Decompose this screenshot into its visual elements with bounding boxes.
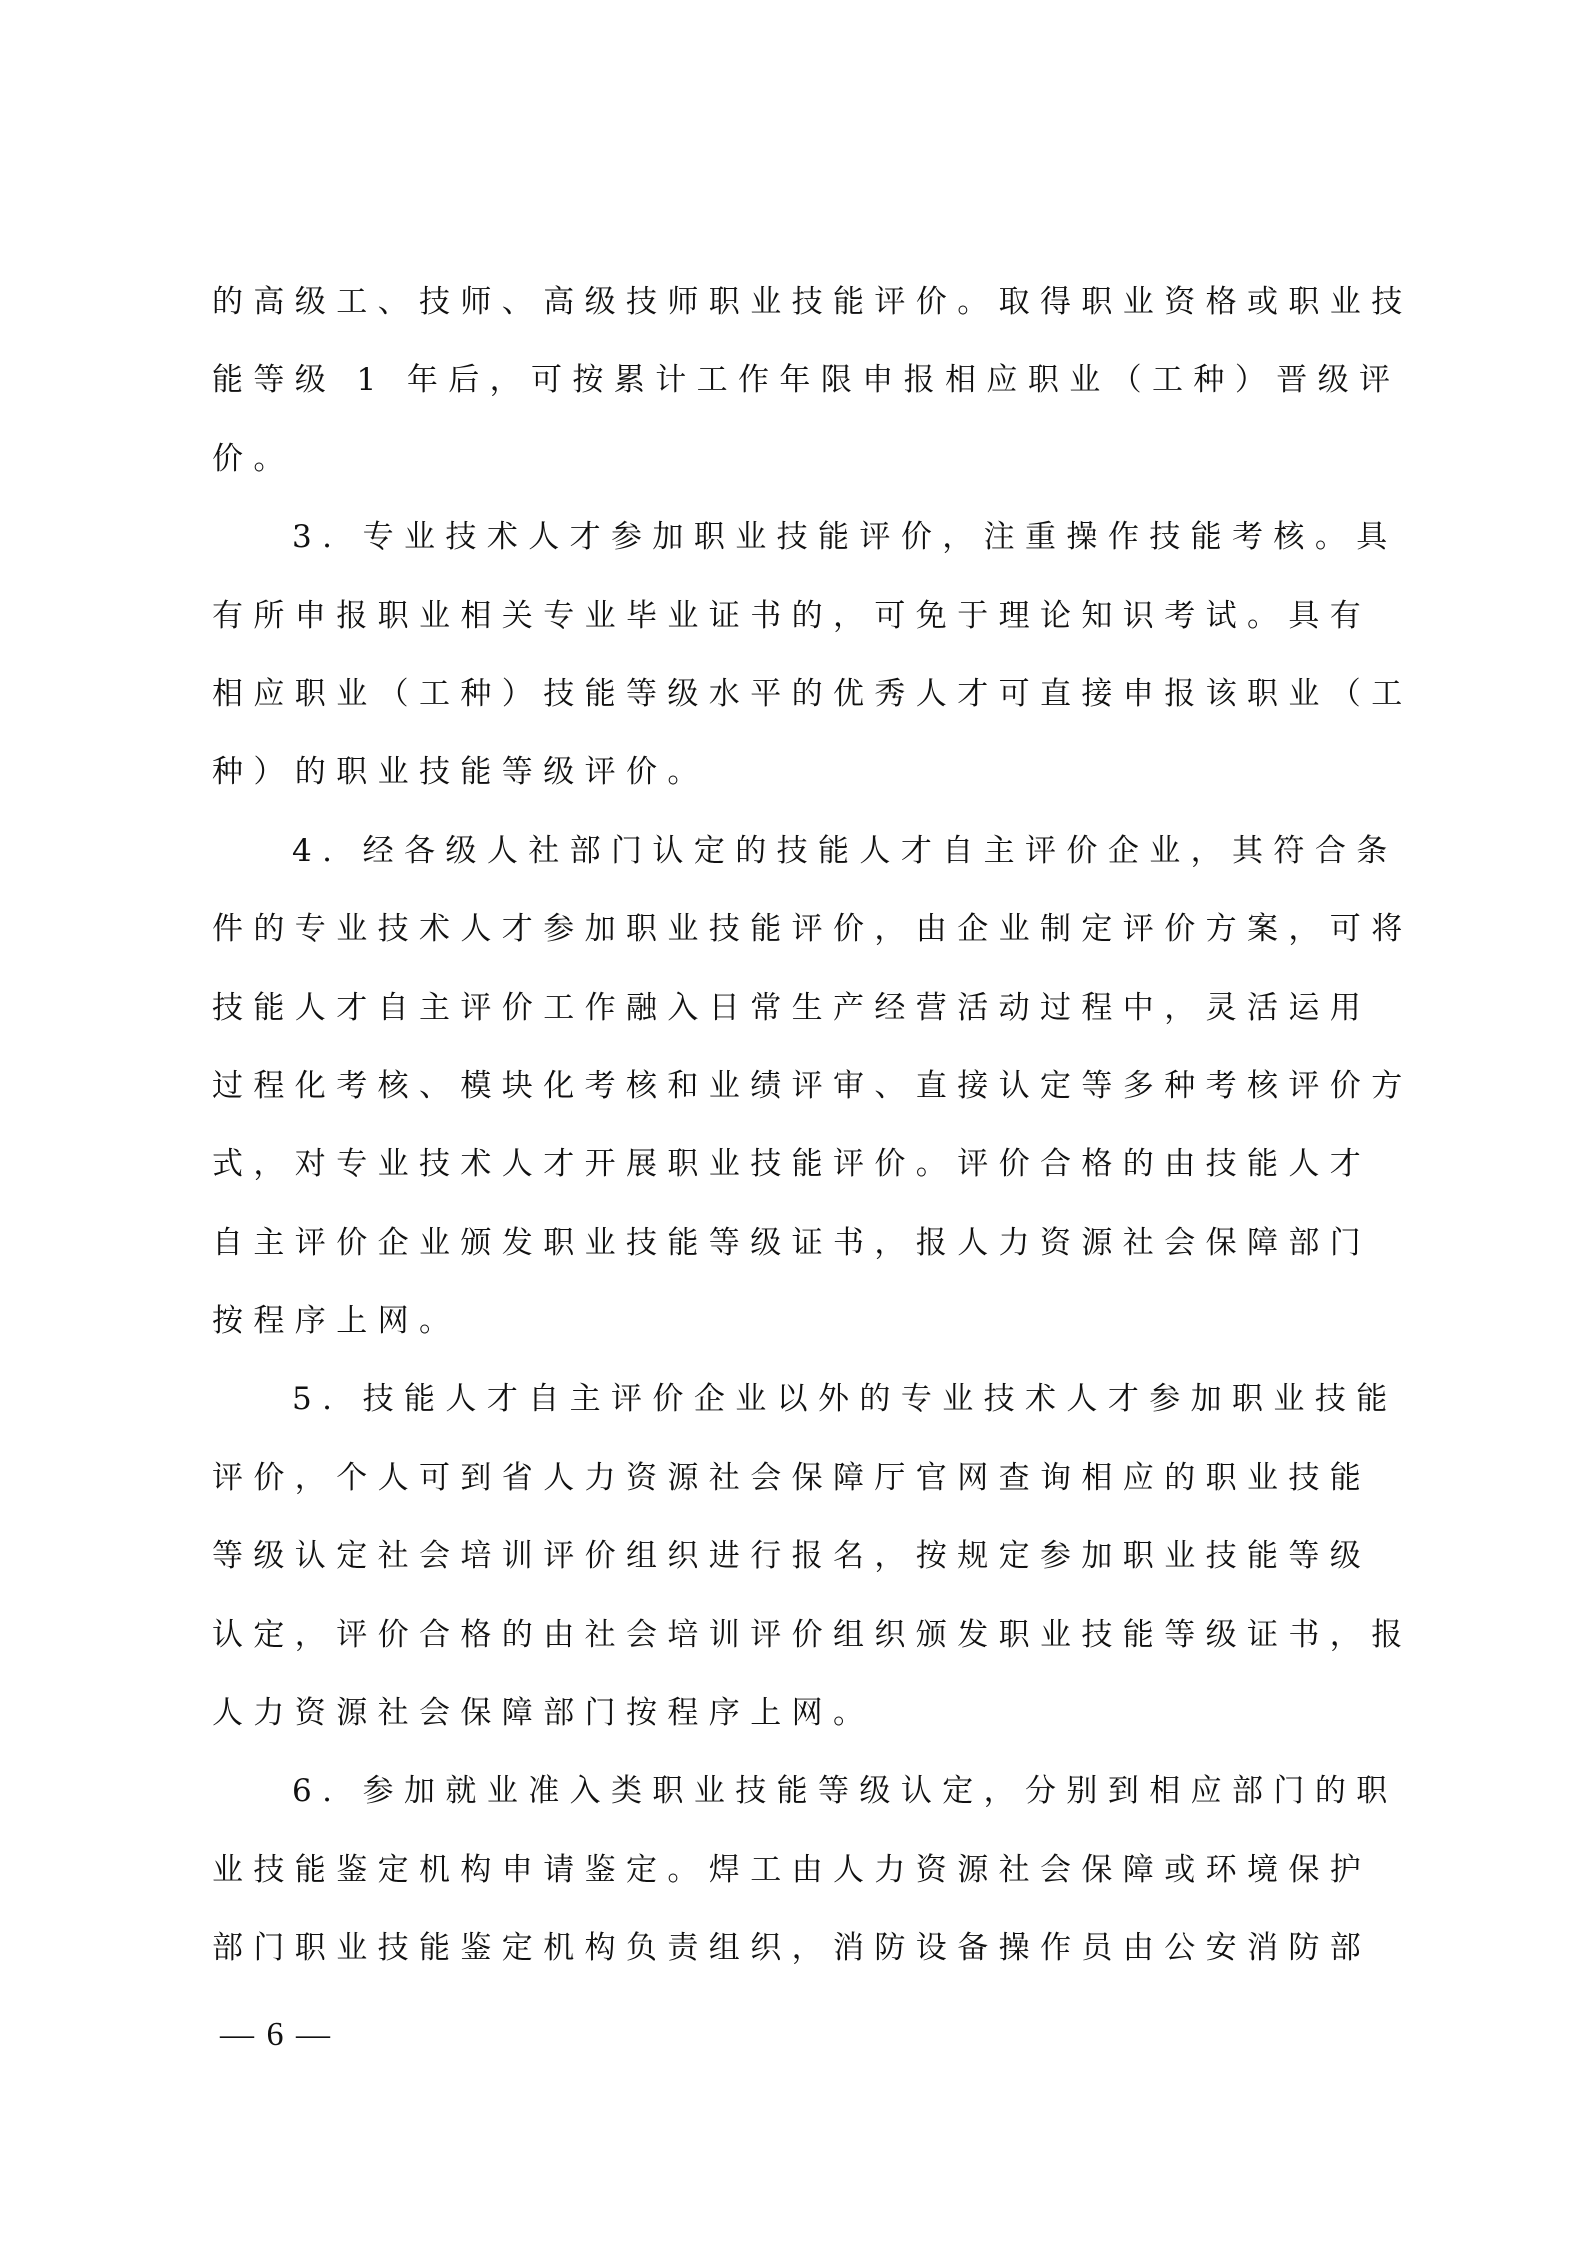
text-line: 评价，个人可到省人力资源社会保障厅官网查询相应的职业技能 — [212, 1439, 1382, 1517]
document-page: 的高级工、技师、高级技师职业技能评价。取得职业资格或职业技 能等级 1 年后，可… — [0, 0, 1587, 2244]
text-line: 部门职业技能鉴定机构负责组织，消防设备操作员由公安消防部 — [212, 1909, 1382, 1987]
text-line: 的高级工、技师、高级技师职业技能评价。取得职业资格或职业技 — [212, 263, 1382, 341]
text-line: 认定，评价合格的由社会培训评价组织颁发职业技能等级证书，报 — [212, 1596, 1382, 1674]
text-line: 价。 — [212, 420, 1382, 498]
paragraph-3-start: 3. 专业技术人才参加职业技能评价，注重操作技能考核。具 — [212, 498, 1382, 576]
text-line: 过程化考核、模块化考核和业绩评审、直接认定等多种考核评价方 — [212, 1047, 1382, 1125]
text-line: 有所申报职业相关专业毕业证书的，可免于理论知识考试。具有 — [212, 577, 1382, 655]
body-text: 的高级工、技师、高级技师职业技能评价。取得职业资格或职业技 能等级 1 年后，可… — [212, 263, 1382, 1988]
text-line: 自主评价企业颁发职业技能等级证书，报人力资源社会保障部门 — [212, 1204, 1382, 1282]
page-number: — 6 — — [220, 2016, 332, 2054]
text-line: 种）的职业技能等级评价。 — [212, 733, 1382, 811]
text-line: 件的专业技术人才参加职业技能评价，由企业制定评价方案，可将 — [212, 890, 1382, 968]
text-line: 能等级 1 年后，可按累计工作年限申报相应职业（工种）晋级评 — [212, 341, 1382, 419]
paragraph-5-start: 5. 技能人才自主评价企业以外的专业技术人才参加职业技能 — [212, 1360, 1382, 1438]
paragraph-6-start: 6. 参加就业准入类职业技能等级认定，分别到相应部门的职 — [212, 1752, 1382, 1830]
text-line: 等级认定社会培训评价组织进行报名，按规定参加职业技能等级 — [212, 1517, 1382, 1595]
text-line: 相应职业（工种）技能等级水平的优秀人才可直接申报该职业（工 — [212, 655, 1382, 733]
paragraph-4-start: 4. 经各级人社部门认定的技能人才自主评价企业，其符合条 — [212, 812, 1382, 890]
text-line: 按程序上网。 — [212, 1282, 1382, 1360]
text-line: 式，对专业技术人才开展职业技能评价。评价合格的由技能人才 — [212, 1125, 1382, 1203]
text-line: 人力资源社会保障部门按程序上网。 — [212, 1674, 1382, 1752]
text-line: 技能人才自主评价工作融入日常生产经营活动过程中，灵活运用 — [212, 969, 1382, 1047]
text-line: 业技能鉴定机构申请鉴定。焊工由人力资源社会保障或环境保护 — [212, 1831, 1382, 1909]
